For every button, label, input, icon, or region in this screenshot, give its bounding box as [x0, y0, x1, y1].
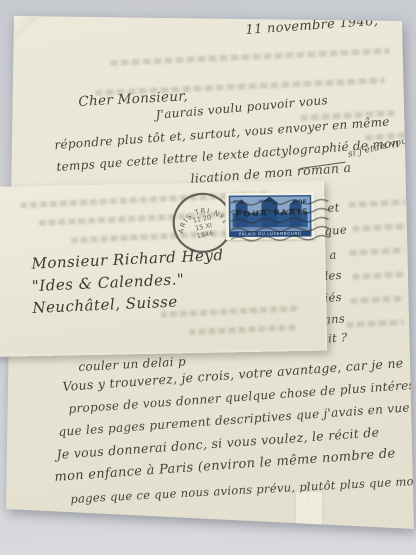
- ghost-line: [350, 295, 404, 304]
- tape-repair: [296, 492, 322, 528]
- ghost-line: [189, 324, 297, 335]
- address-line-recipient: Monsieur Richard Heyd: [31, 246, 224, 273]
- ghost-line: [348, 199, 406, 208]
- address-line-publisher: "Ides & Calendes.": [32, 270, 185, 295]
- ghost-line: [110, 48, 390, 66]
- ghost-line: [346, 319, 404, 328]
- photo-of-letter: 11 novembre 1946, Cher Monsieur, J'aurai…: [0, 0, 416, 555]
- ghost-line: [352, 223, 406, 232]
- envelope: PARIS TRI Nº16 11 20 15 XI 1946 RF POSTE…: [0, 181, 327, 357]
- folded-corner: [14, 16, 40, 42]
- address-line-city: Neuchâtel, Suisse: [32, 292, 178, 317]
- edge-fragment: iés: [324, 290, 342, 305]
- wavy-cancel-lines: [230, 197, 335, 243]
- ghost-line: [352, 271, 404, 280]
- edge-fragment: les: [324, 268, 342, 283]
- letter-date: 11 novembre 1946,: [245, 14, 379, 38]
- ghost-line: [160, 305, 300, 317]
- ghost-line: [349, 247, 405, 256]
- postmark-year: 1946: [196, 229, 214, 240]
- edge-fragment: a: [329, 248, 337, 262]
